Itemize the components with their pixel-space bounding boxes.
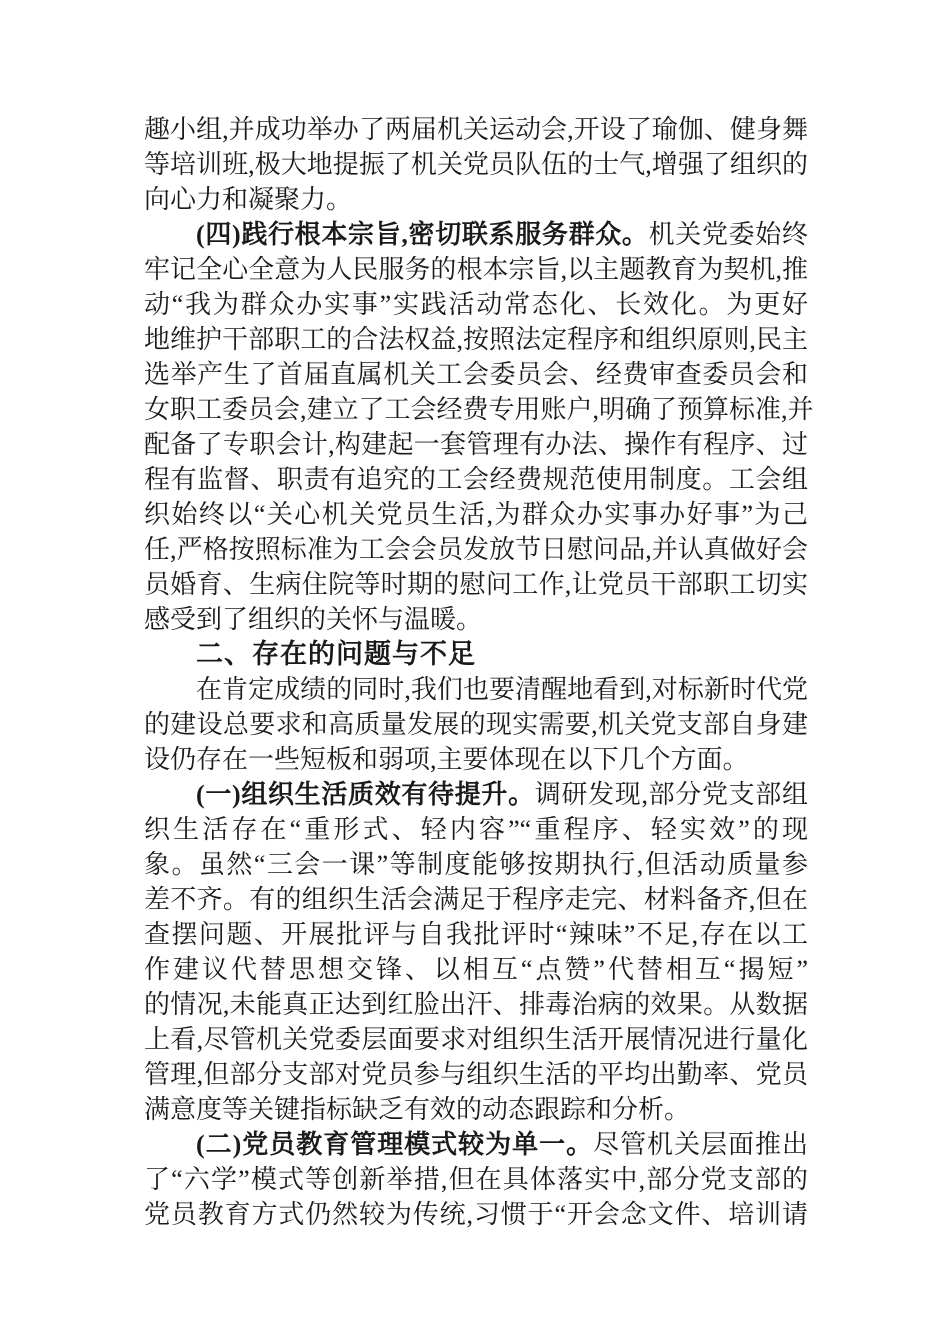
text-segment: 的建设总要求和高质量发展的现实需要,机关党支部自身建 <box>144 710 808 739</box>
text-segment: 向心力和凝聚力。 <box>144 185 352 214</box>
text-segment: 等培训班,极大地提振了机关党员队伍的士气,增强了组织的 <box>144 150 808 179</box>
text-segment: (四)践行根本宗旨,密切联系服务群众。 <box>196 220 649 249</box>
text-segment: 选举产生了首届直属机关工会委员会、经费审查委员会和 <box>144 360 808 389</box>
text-segment: 机关党委始终 <box>649 220 808 249</box>
body-text-line: 了“六学”模式等创新举措,但在具体落实中,部分党支部的 <box>144 1162 808 1197</box>
text-segment: 在肯定成绩的同时,我们也要清醒地看到,对标新时代党 <box>196 675 808 704</box>
text-segment: 二、存在的问题与不足 <box>196 639 476 669</box>
body-text-line: 配备了专职会计,构建起一套管理有办法、操作有程序、过 <box>144 427 808 462</box>
text-segment: (二)党员教育管理模式较为单一。 <box>196 1130 593 1159</box>
text-segment: 牢记全心全意为人民服务的根本宗旨,以主题教育为契机,推 <box>144 255 808 284</box>
body-text-line: 的情况,未能真正达到红脸出汗、排毒治病的效果。从数据 <box>144 987 808 1022</box>
text-segment: 管理,但部分支部对党员参与组织生活的平均出勤率、党员 <box>144 1060 808 1089</box>
body-text-line: 在肯定成绩的同时,我们也要清醒地看到,对标新时代党 <box>144 672 808 707</box>
text-segment: 地维护干部职工的合法权益,按照法定程序和组织原则,民主 <box>144 325 808 354</box>
body-text-line: 党员教育方式仍然较为传统,习惯于“开会念文件、培训请 <box>144 1197 808 1232</box>
text-segment: 配备了专职会计,构建起一套管理有办法、操作有程序、过 <box>144 430 808 459</box>
body-text-line: 查摆问题、开展批评与自我批评时“辣味”不足,存在以工 <box>144 917 808 952</box>
text-segment: 的情况,未能真正达到红脸出汗、排毒治病的效果。从数据 <box>144 990 808 1019</box>
body-text-line: 象。虽然“三会一课”等制度能够按期执行,但活动质量参 <box>144 847 808 882</box>
text-segment: 织生活存在“重形式、轻内容”“重程序、轻实效”的现 <box>144 815 808 844</box>
text-segment: 尽管机关层面推出 <box>593 1130 808 1159</box>
body-text-line: 向心力和凝聚力。 <box>144 182 808 217</box>
section-heading: 二、存在的问题与不足 <box>144 637 808 672</box>
text-segment: 调研发现,部分党支部组 <box>535 780 808 809</box>
text-segment: 织始终以“关心机关党员生活,为群众办实事办好事”为己 <box>144 500 808 529</box>
body-text-line: 织始终以“关心机关党员生活,为群众办实事办好事”为己 <box>144 497 808 532</box>
text-segment: 了“六学”模式等创新举措,但在具体落实中,部分党支部的 <box>144 1165 808 1194</box>
text-segment: 程有监督、职责有追究的工会经费规范使用制度。工会组 <box>144 465 808 494</box>
text-column: 趣小组,并成功举办了两届机关运动会,开设了瑜伽、健身舞等培训班,极大地提振了机关… <box>144 112 808 1232</box>
body-text-line: 作建议代替思想交锋、以相互“点赞”代替相互“揭短” <box>144 952 808 987</box>
subsection-heading-line: (四)践行根本宗旨,密切联系服务群众。机关党委始终 <box>144 217 808 252</box>
body-text-line: 织生活存在“重形式、轻内容”“重程序、轻实效”的现 <box>144 812 808 847</box>
body-text-line: 任,严格按照标准为工会会员发放节日慰问品,并认真做好会 <box>144 532 808 567</box>
body-text-line: 设仍存在一些短板和弱项,主要体现在以下几个方面。 <box>144 742 808 777</box>
document-page: 趣小组,并成功举办了两届机关运动会,开设了瑜伽、健身舞等培训班,极大地提振了机关… <box>0 0 950 1344</box>
text-segment: 象。虽然“三会一课”等制度能够按期执行,但活动质量参 <box>144 850 808 879</box>
body-text-line: 管理,但部分支部对党员参与组织生活的平均出勤率、党员 <box>144 1057 808 1092</box>
body-text-line: 选举产生了首届直属机关工会委员会、经费审查委员会和 <box>144 357 808 392</box>
text-segment: 女职工委员会,建立了工会经费专用账户,明确了预算标准,并 <box>144 395 814 424</box>
text-segment: 员婚育、生病住院等时期的慰问工作,让党员干部职工切实 <box>144 570 808 599</box>
body-text-line: 的建设总要求和高质量发展的现实需要,机关党支部自身建 <box>144 707 808 742</box>
text-segment: 查摆问题、开展批评与自我批评时“辣味”不足,存在以工 <box>144 920 808 949</box>
text-segment: 动“我为群众办实事”实践活动常态化、长效化。为更好 <box>144 290 808 319</box>
body-text-line: 程有监督、职责有追究的工会经费规范使用制度。工会组 <box>144 462 808 497</box>
body-text-line: 牢记全心全意为人民服务的根本宗旨,以主题教育为契机,推 <box>144 252 808 287</box>
body-text-line: 等培训班,极大地提振了机关党员队伍的士气,增强了组织的 <box>144 147 808 182</box>
text-segment: 满意度等关键指标缺乏有效的动态跟踪和分析。 <box>144 1095 690 1124</box>
text-segment: 趣小组,并成功举办了两届机关运动会,开设了瑜伽、健身舞 <box>144 115 808 144</box>
body-text-line: 上看,尽管机关党委层面要求对组织生活开展情况进行量化 <box>144 1022 808 1057</box>
body-text-line: 趣小组,并成功举办了两届机关运动会,开设了瑜伽、健身舞 <box>144 112 808 147</box>
body-text-line: 满意度等关键指标缺乏有效的动态跟踪和分析。 <box>144 1092 808 1127</box>
text-segment: 设仍存在一些短板和弱项,主要体现在以下几个方面。 <box>144 745 749 774</box>
text-segment: (一)组织生活质效有待提升。 <box>196 780 535 809</box>
body-text-line: 员婚育、生病住院等时期的慰问工作,让党员干部职工切实 <box>144 567 808 602</box>
subsection-heading-line: (二)党员教育管理模式较为单一。尽管机关层面推出 <box>144 1127 808 1162</box>
text-segment: 任,严格按照标准为工会会员发放节日慰问品,并认真做好会 <box>144 535 808 564</box>
body-text-line: 女职工委员会,建立了工会经费专用账户,明确了预算标准,并 <box>144 392 808 427</box>
text-segment: 差不齐。有的组织生活会满足于程序走完、材料备齐,但在 <box>144 885 808 914</box>
subsection-heading-line: (一)组织生活质效有待提升。调研发现,部分党支部组 <box>144 777 808 812</box>
body-text-line: 地维护干部职工的合法权益,按照法定程序和组织原则,民主 <box>144 322 808 357</box>
text-segment: 作建议代替思想交锋、以相互“点赞”代替相互“揭短” <box>144 955 808 984</box>
text-segment: 感受到了组织的关怀与温暖。 <box>144 605 482 634</box>
text-segment: 党员教育方式仍然较为传统,习惯于“开会念文件、培训请 <box>144 1200 808 1229</box>
body-text-line: 动“我为群众办实事”实践活动常态化、长效化。为更好 <box>144 287 808 322</box>
text-segment: 上看,尽管机关党委层面要求对组织生活开展情况进行量化 <box>144 1025 808 1054</box>
body-text-line: 差不齐。有的组织生活会满足于程序走完、材料备齐,但在 <box>144 882 808 917</box>
body-text-line: 感受到了组织的关怀与温暖。 <box>144 602 808 637</box>
